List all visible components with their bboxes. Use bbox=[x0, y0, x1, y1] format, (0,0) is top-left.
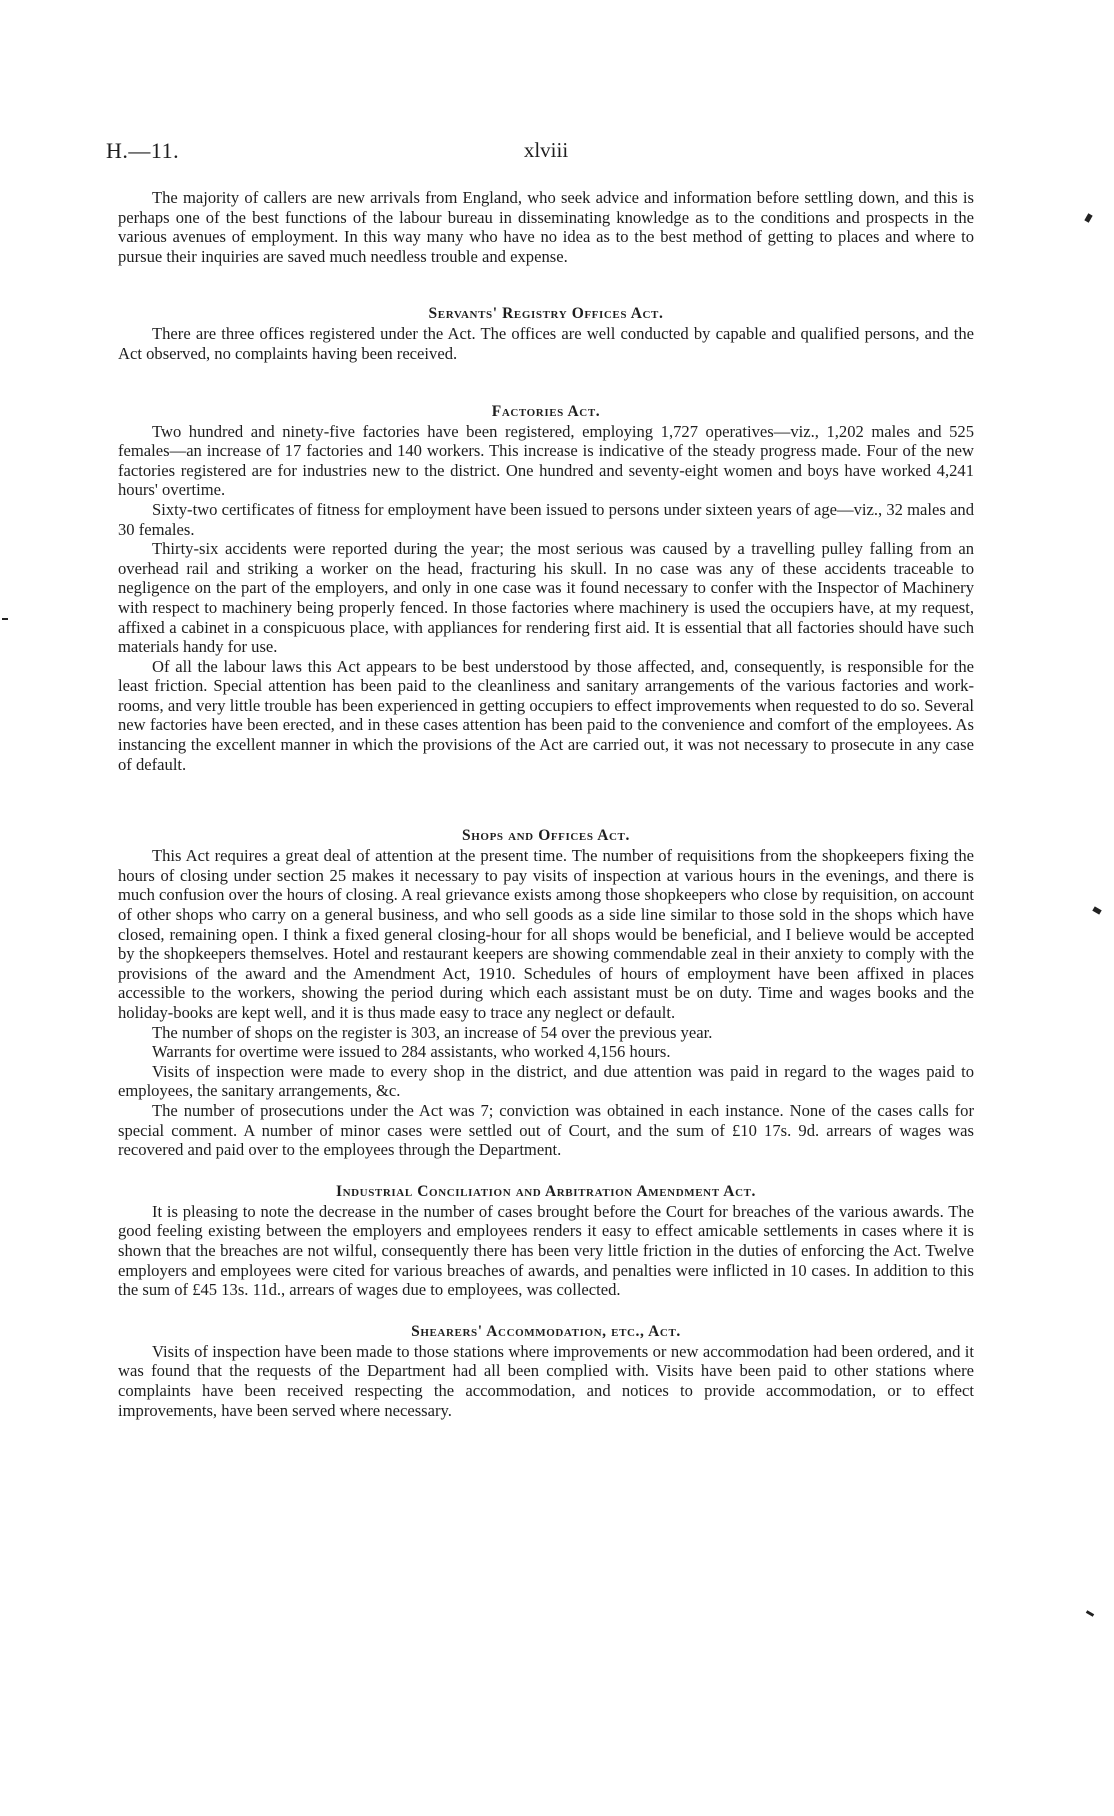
margin-mark bbox=[2, 618, 8, 620]
margin-mark bbox=[1086, 1610, 1094, 1617]
paragraph: Warrants for overtime were issued to 284… bbox=[118, 1042, 974, 1062]
paragraph: Visits of inspection have been made to t… bbox=[118, 1342, 974, 1420]
section-title-factories: Factories Act. bbox=[118, 402, 974, 422]
paragraph: Of all the labour laws this Act appears … bbox=[118, 657, 974, 775]
margin-mark bbox=[1092, 906, 1101, 914]
section-title-servants-registry: Servants' Registry Offices Act. bbox=[118, 304, 974, 324]
section-title-industrial-conciliation: Industrial Conciliation and Arbitration … bbox=[118, 1182, 974, 1202]
paragraph: The number of shops on the register is 3… bbox=[118, 1023, 974, 1043]
document-page: H.—11. xlviii The majority of callers ar… bbox=[118, 138, 974, 1420]
page-number: xlviii bbox=[118, 138, 974, 163]
paragraph: Two hundred and ninety-five factories ha… bbox=[118, 422, 974, 500]
margin-mark bbox=[1084, 213, 1092, 222]
paragraph: It is pleasing to note the decrease in t… bbox=[118, 1202, 974, 1300]
document-body: The majority of callers are new arrivals… bbox=[118, 188, 974, 1420]
intro-paragraph: The majority of callers are new arrivals… bbox=[118, 188, 974, 266]
section-title-shearers-accommodation: Shearers' Accommodation, etc., Act. bbox=[118, 1322, 974, 1342]
paragraph: This Act requires a great deal of attent… bbox=[118, 846, 974, 1022]
section-title-shops-offices: Shops and Offices Act. bbox=[118, 826, 974, 846]
paragraph: There are three offices registered under… bbox=[118, 324, 974, 363]
paragraph: Thirty-six accidents were reported durin… bbox=[118, 539, 974, 657]
paragraph: Visits of inspection were made to every … bbox=[118, 1062, 974, 1101]
page-header: H.—11. xlviii bbox=[118, 138, 974, 174]
paragraph: Sixty-two certificates of fitness for em… bbox=[118, 500, 974, 539]
paragraph: The number of prosecutions under the Act… bbox=[118, 1101, 974, 1160]
